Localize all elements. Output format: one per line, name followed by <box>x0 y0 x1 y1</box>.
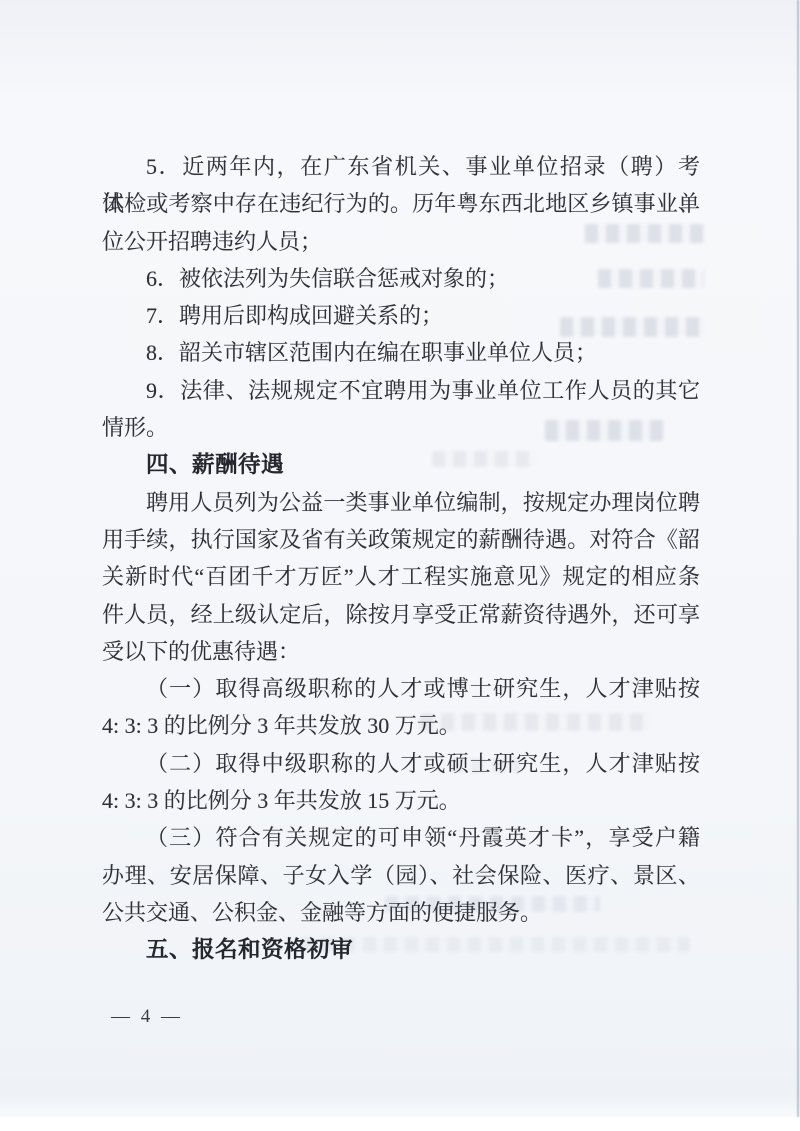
doc-line: 4: 3: 3 的比例分 3 年共发放 15 万元。 <box>102 782 700 819</box>
doc-line: 用手续，执行国家及省有关政策规定的薪酬待遇。对符合《韶 <box>102 521 700 558</box>
section-heading-salary: 四、薪酬待遇 <box>102 446 700 483</box>
scan-edge-line <box>797 0 799 1117</box>
document-body: 5．近两年内，在广东省机关、事业单位招录（聘）考试、 体检或考察中存在违纪行为的… <box>102 148 700 969</box>
doc-line: 件人员，经上级认定后，除按月享受正常薪资待遇外，还可享 <box>102 596 700 633</box>
doc-line: 5．近两年内，在广东省机关、事业单位招录（聘）考试、 <box>102 148 700 185</box>
doc-line: 体检或考察中存在违纪行为的。历年粤东西北地区乡镇事业单 <box>102 185 700 222</box>
doc-line: 位公开招聘违约人员； <box>102 223 700 260</box>
doc-line: 4: 3: 3 的比例分 3 年共发放 30 万元。 <box>102 707 700 744</box>
doc-line: 7．聘用后即构成回避关系的； <box>102 297 700 334</box>
page-number: — 4 — <box>111 1006 183 1028</box>
scanned-document-page: 5．近两年内，在广东省机关、事业单位招录（聘）考试、 体检或考察中存在违纪行为的… <box>0 0 800 1117</box>
doc-line: 受以下的优惠待遇： <box>102 633 700 670</box>
doc-line: 情形。 <box>102 409 700 446</box>
doc-line: 公共交通、公积金、金融等方面的便捷服务。 <box>102 894 700 931</box>
doc-line: 办理、安居保障、子女入学（园）、社会保险、医疗、景区、 <box>102 857 700 894</box>
doc-line: （三）符合有关规定的可申领“丹霞英才卡”，享受户籍 <box>102 819 700 856</box>
doc-line: 关新时代“百团千才万匠”人才工程实施意见》规定的相应条 <box>102 558 700 595</box>
doc-line: 8．韶关市辖区范围内在编在职事业单位人员； <box>102 334 700 371</box>
doc-line: （二）取得中级职称的人才或硕士研究生，人才津贴按 <box>102 745 700 782</box>
doc-line: （一）取得高级职称的人才或博士研究生，人才津贴按 <box>102 670 700 707</box>
doc-line: 6．被依法列为失信联合惩戒对象的； <box>102 260 700 297</box>
section-heading-registration: 五、报名和资格初审 <box>102 931 700 968</box>
doc-line: 聘用人员列为公益一类事业单位编制，按规定办理岗位聘 <box>102 484 700 521</box>
doc-line: 9．法律、法规规定不宜聘用为事业单位工作人员的其它 <box>102 372 700 409</box>
